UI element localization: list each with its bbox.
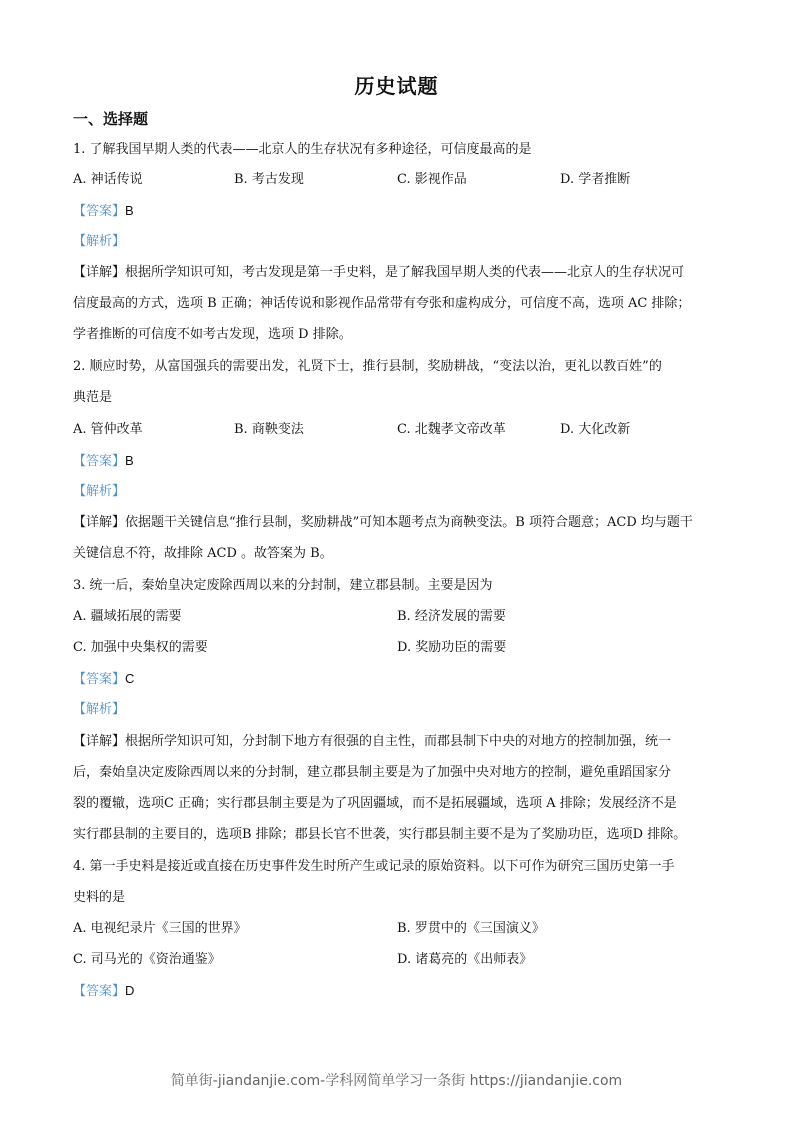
question-4-stem: 4. 第一手史料是接近或直接在历史事件发生时所产生或记录的原始资料。以下可作为研…	[73, 857, 675, 877]
q3-analysis-label: 【解析】	[73, 700, 125, 720]
q3-answer: 【答案】C	[73, 669, 134, 690]
q1-answer: 【答案】B	[73, 201, 134, 222]
q3-detail-line: 后，秦始皇决定废除西周以来的分封制，建立郡县制主要是为了加强中央对地方的控制，避…	[73, 763, 671, 783]
q1-analysis-label: 【解析】	[73, 232, 125, 252]
question-4-stem: 史料的是	[73, 888, 125, 908]
page-footer-watermark: 简单街-jiandanjie.com-学科网简单学习一条街 https://ji…	[0, 1070, 793, 1090]
q4-option-c: C. 司马光的《资治通鉴》	[73, 950, 221, 970]
question-1-stem: 1. 了解我国早期人类的代表——北京人的生存状况有多种途径，可信度最高的是	[73, 140, 532, 160]
q2-option-b: B. 商鞅变法	[234, 420, 304, 440]
q3-detail-line: 实行郡县制的主要目的，选项B 排除；郡县长官不世袭，实行郡县制主要不是为了奖励功…	[73, 825, 686, 845]
q2-answer: 【答案】B	[73, 451, 134, 472]
answer-value: B	[125, 203, 134, 218]
q2-option-a: A. 管仲改革	[73, 420, 143, 440]
q2-detail-line: 关键信息不符，故排除 ACD 。故答案为 B。	[73, 544, 333, 564]
q4-option-a: A. 电视纪录片《三国的世界》	[73, 919, 247, 939]
q1-option-a: A. 神话传说	[73, 170, 143, 190]
q3-option-c: C. 加强中央集权的需要	[73, 638, 208, 658]
q2-option-c: C. 北魏孝文帝改革	[397, 420, 506, 440]
question-2-stem: 2. 顺应时势，从富国强兵的需要出发，礼贤下士，推行县制，奖励耕战，“变法以治，…	[73, 357, 662, 377]
q3-detail-line: 裂的覆辙，选项C 正确；实行郡县制主要是为了巩固疆域，而不是拓展疆域，选项 A …	[73, 794, 677, 814]
answer-label: 【答案】	[73, 454, 125, 469]
q2-detail-line: 【详解】依据题干关键信息“推行县制，奖励耕战”可知本题考点为商鞅变法。B 项符合…	[73, 513, 693, 533]
answer-value: C	[125, 671, 134, 686]
q4-answer: 【答案】D	[73, 981, 134, 1002]
q2-analysis-label: 【解析】	[73, 482, 125, 502]
answer-value: D	[125, 983, 134, 998]
q1-option-b: B. 考古发现	[234, 170, 304, 190]
q1-detail-line: 信度最高的方式，选项 B 正确；神话传说和影视作品常带有夸张和虚构成分，可信度不…	[73, 294, 690, 314]
q3-detail-line: 【详解】根据所学知识可知，分封制下地方有很强的自主性，而郡县制下中央的对地方的控…	[73, 732, 671, 752]
q4-option-b: B. 罗贯中的《三国演义》	[397, 919, 545, 939]
q2-option-d: D. 大化改新	[560, 420, 630, 440]
answer-value: B	[125, 453, 134, 468]
section-heading: 一、选择题	[73, 108, 148, 129]
q1-detail-line: 【详解】根据所学知识可知，考古发现是第一手史料，是了解我国早期人类的代表——北京…	[73, 263, 684, 283]
answer-label: 【答案】	[73, 672, 125, 687]
q1-detail-line: 学者推断的可信度不如考古发现，选项 D 排除。	[73, 325, 352, 345]
q1-option-d: D. 学者推断	[560, 170, 630, 190]
page-title: 历史试题	[0, 70, 793, 99]
q3-option-b: B. 经济发展的需要	[397, 607, 506, 627]
question-3-stem: 3. 统一后，秦始皇决定废除西周以来的分封制，建立郡县制。主要是因为	[73, 576, 493, 596]
q1-option-c: C. 影视作品	[397, 170, 467, 190]
q3-option-a: A. 疆域拓展的需要	[73, 607, 182, 627]
document-page: 历史试题 一、选择题 1. 了解我国早期人类的代表——北京人的生存状况有多种途径…	[0, 0, 793, 1122]
q3-option-d: D. 奖励功臣的需要	[397, 638, 506, 658]
question-2-stem: 典范是	[73, 388, 112, 408]
q4-option-d: D. 诸葛亮的《出师表》	[397, 950, 532, 970]
answer-label: 【答案】	[73, 204, 125, 219]
answer-label: 【答案】	[73, 984, 125, 999]
